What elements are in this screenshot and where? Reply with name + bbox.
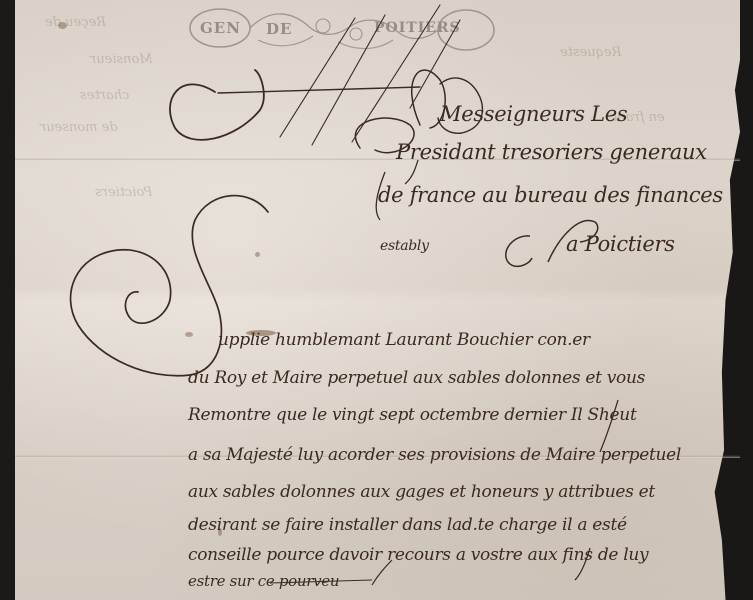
document-scan: Reçeu de Monsieur chartes de monseur Poi… — [0, 0, 753, 600]
body-line-3: Remontre que le vingt sept octembre dern… — [188, 405, 636, 425]
bleed-through-text: Reçeu de — [45, 15, 106, 30]
bleed-through-text: de monseur — [40, 120, 118, 135]
scan-left-border — [0, 0, 15, 600]
stamp-text-left: GEN — [200, 19, 241, 37]
bleed-through-text: Poictiers — [95, 185, 152, 200]
official-stamp: GEN DE POITIERS — [188, 6, 498, 56]
bleed-through-text: Requeste — [560, 45, 621, 60]
ink-spot — [58, 22, 67, 29]
address-line-2: Presidant tresoriers generaux — [396, 140, 707, 164]
body-line-6: desirant se faire installer dans lad.te … — [188, 515, 627, 535]
body-line-4: a sa Majesté luy acorder ses provisions … — [188, 445, 681, 465]
body-line-2: du Roy et Maire perpetuel aux sables dol… — [188, 368, 645, 388]
body-line-8: estre sur ce pourveu — [188, 572, 339, 590]
address-line-4-right: a Poictiers — [566, 232, 675, 256]
ink-spot — [255, 252, 260, 257]
stamp-text-right: POITIERS — [374, 20, 461, 36]
body-line-7: conseille pource davoir recours a vostre… — [188, 545, 648, 565]
ink-spot — [185, 332, 193, 337]
address-line-3: de france au bureau des finances — [378, 183, 723, 207]
address-line-1: Messeigneurs Les — [440, 102, 627, 126]
body-line-5: aux sables dolonnes aux gages et honeurs… — [188, 482, 655, 502]
bleed-through-text: Monsieur — [90, 52, 153, 67]
address-line-4-left: estably — [380, 238, 429, 254]
body-line-1: upplie humblemant Laurant Bouchier con.e… — [218, 330, 590, 350]
stamp-text-middle: DE — [266, 20, 292, 38]
bleed-through-text: chartes — [80, 88, 129, 103]
